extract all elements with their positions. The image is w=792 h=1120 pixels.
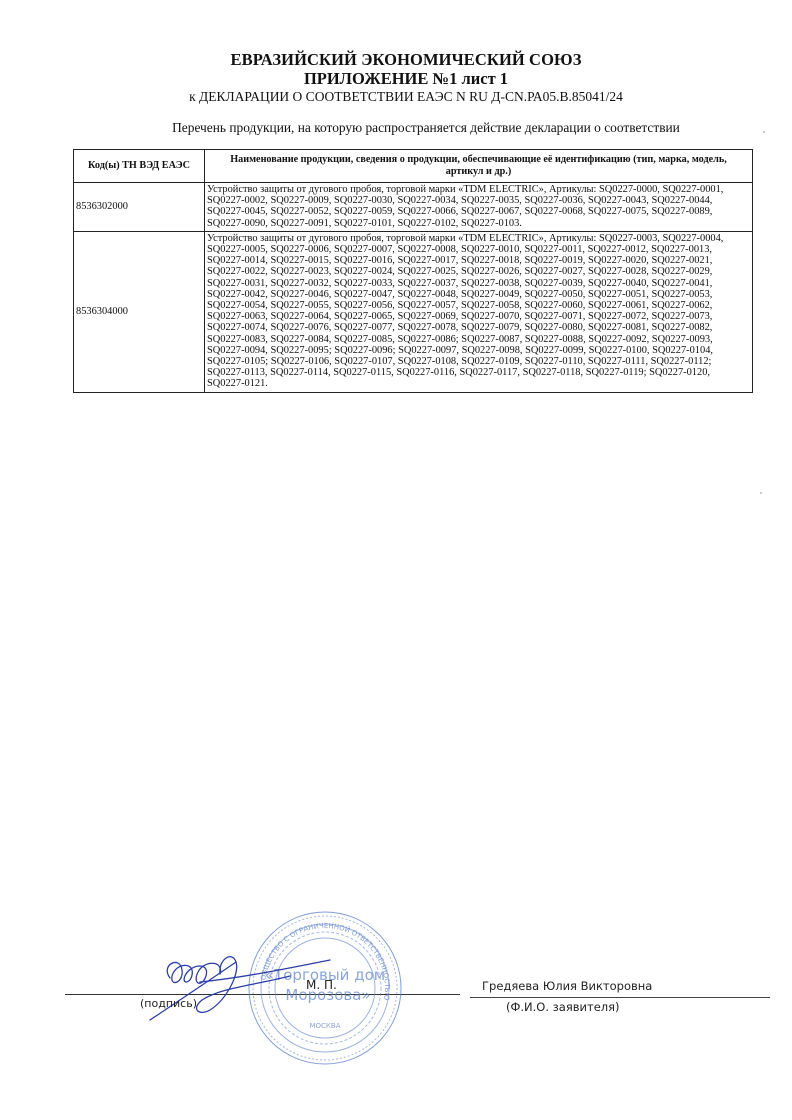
product-list-caption: Перечень продукции, на которую распростр… [30,120,792,136]
scan-speck [763,131,765,133]
applicant-name-line [470,997,770,998]
svg-text:МОСКВА: МОСКВА [310,1022,341,1030]
product-description-cell: Устройство защиты от дугового пробоя, то… [205,231,753,392]
product-table: Код(ы) ТН ВЭД ЕАЭС Наименование продукци… [73,149,753,393]
svg-text:Морозова»: Морозова» [285,986,370,1004]
hs-code-cell: 8536304000 [74,231,205,392]
union-title: ЕВРАЗИЙСКИЙ ЭКОНОМИЧЕСКИЙ СОЮЗ [20,50,792,69]
company-seal-icon: ОБЩЕСТВО С ОГРАНИЧЕННОЙ ОТВЕТСТВЕННОСТЬЮ… [228,908,422,1068]
svg-text:«Торговый дом: «Торговый дом [265,966,385,984]
column-header-code: Код(ы) ТН ВЭД ЕАЭС [74,150,205,183]
declaration-reference: к ДЕКЛАРАЦИИ О СООТВЕТСТВИИ ЕАЭС N RU Д-… [20,88,792,105]
document-header: ЕВРАЗИЙСКИЙ ЭКОНОМИЧЕСКИЙ СОЮЗ ПРИЛОЖЕНИ… [0,50,792,105]
hs-code-cell: 8536302000 [74,183,205,232]
signature-caption: (подпись) [140,997,197,1010]
product-description-cell: Устройство защиты от дугового пробоя, то… [205,183,753,232]
applicant-name: Гредяева Юлия Викторовна [482,979,652,993]
handwritten-signature-icon [140,940,340,1030]
table-row: 8536304000 Устройство защиты от дугового… [74,231,753,392]
seal-place-caption: М. П. [306,978,337,992]
svg-text:ОБЩЕСТВО С ОГРАНИЧЕННОЙ ОТВЕТС: ОБЩЕСТВО С ОГРАНИЧЕННОЙ ОТВЕТСТВЕННОСТЬЮ [259,922,391,1001]
table-row: 8536302000 Устройство защиты от дугового… [74,183,753,232]
signature-line [65,994,460,995]
applicant-name-caption: (Ф.И.О. заявителя) [506,1000,620,1014]
appendix-title: ПРИЛОЖЕНИЕ №1 лист 1 [20,69,792,88]
scan-speck [760,492,762,494]
column-header-description: Наименование продукции, сведения о проду… [205,150,753,183]
table-header-row: Код(ы) ТН ВЭД ЕАЭС Наименование продукци… [74,150,753,183]
